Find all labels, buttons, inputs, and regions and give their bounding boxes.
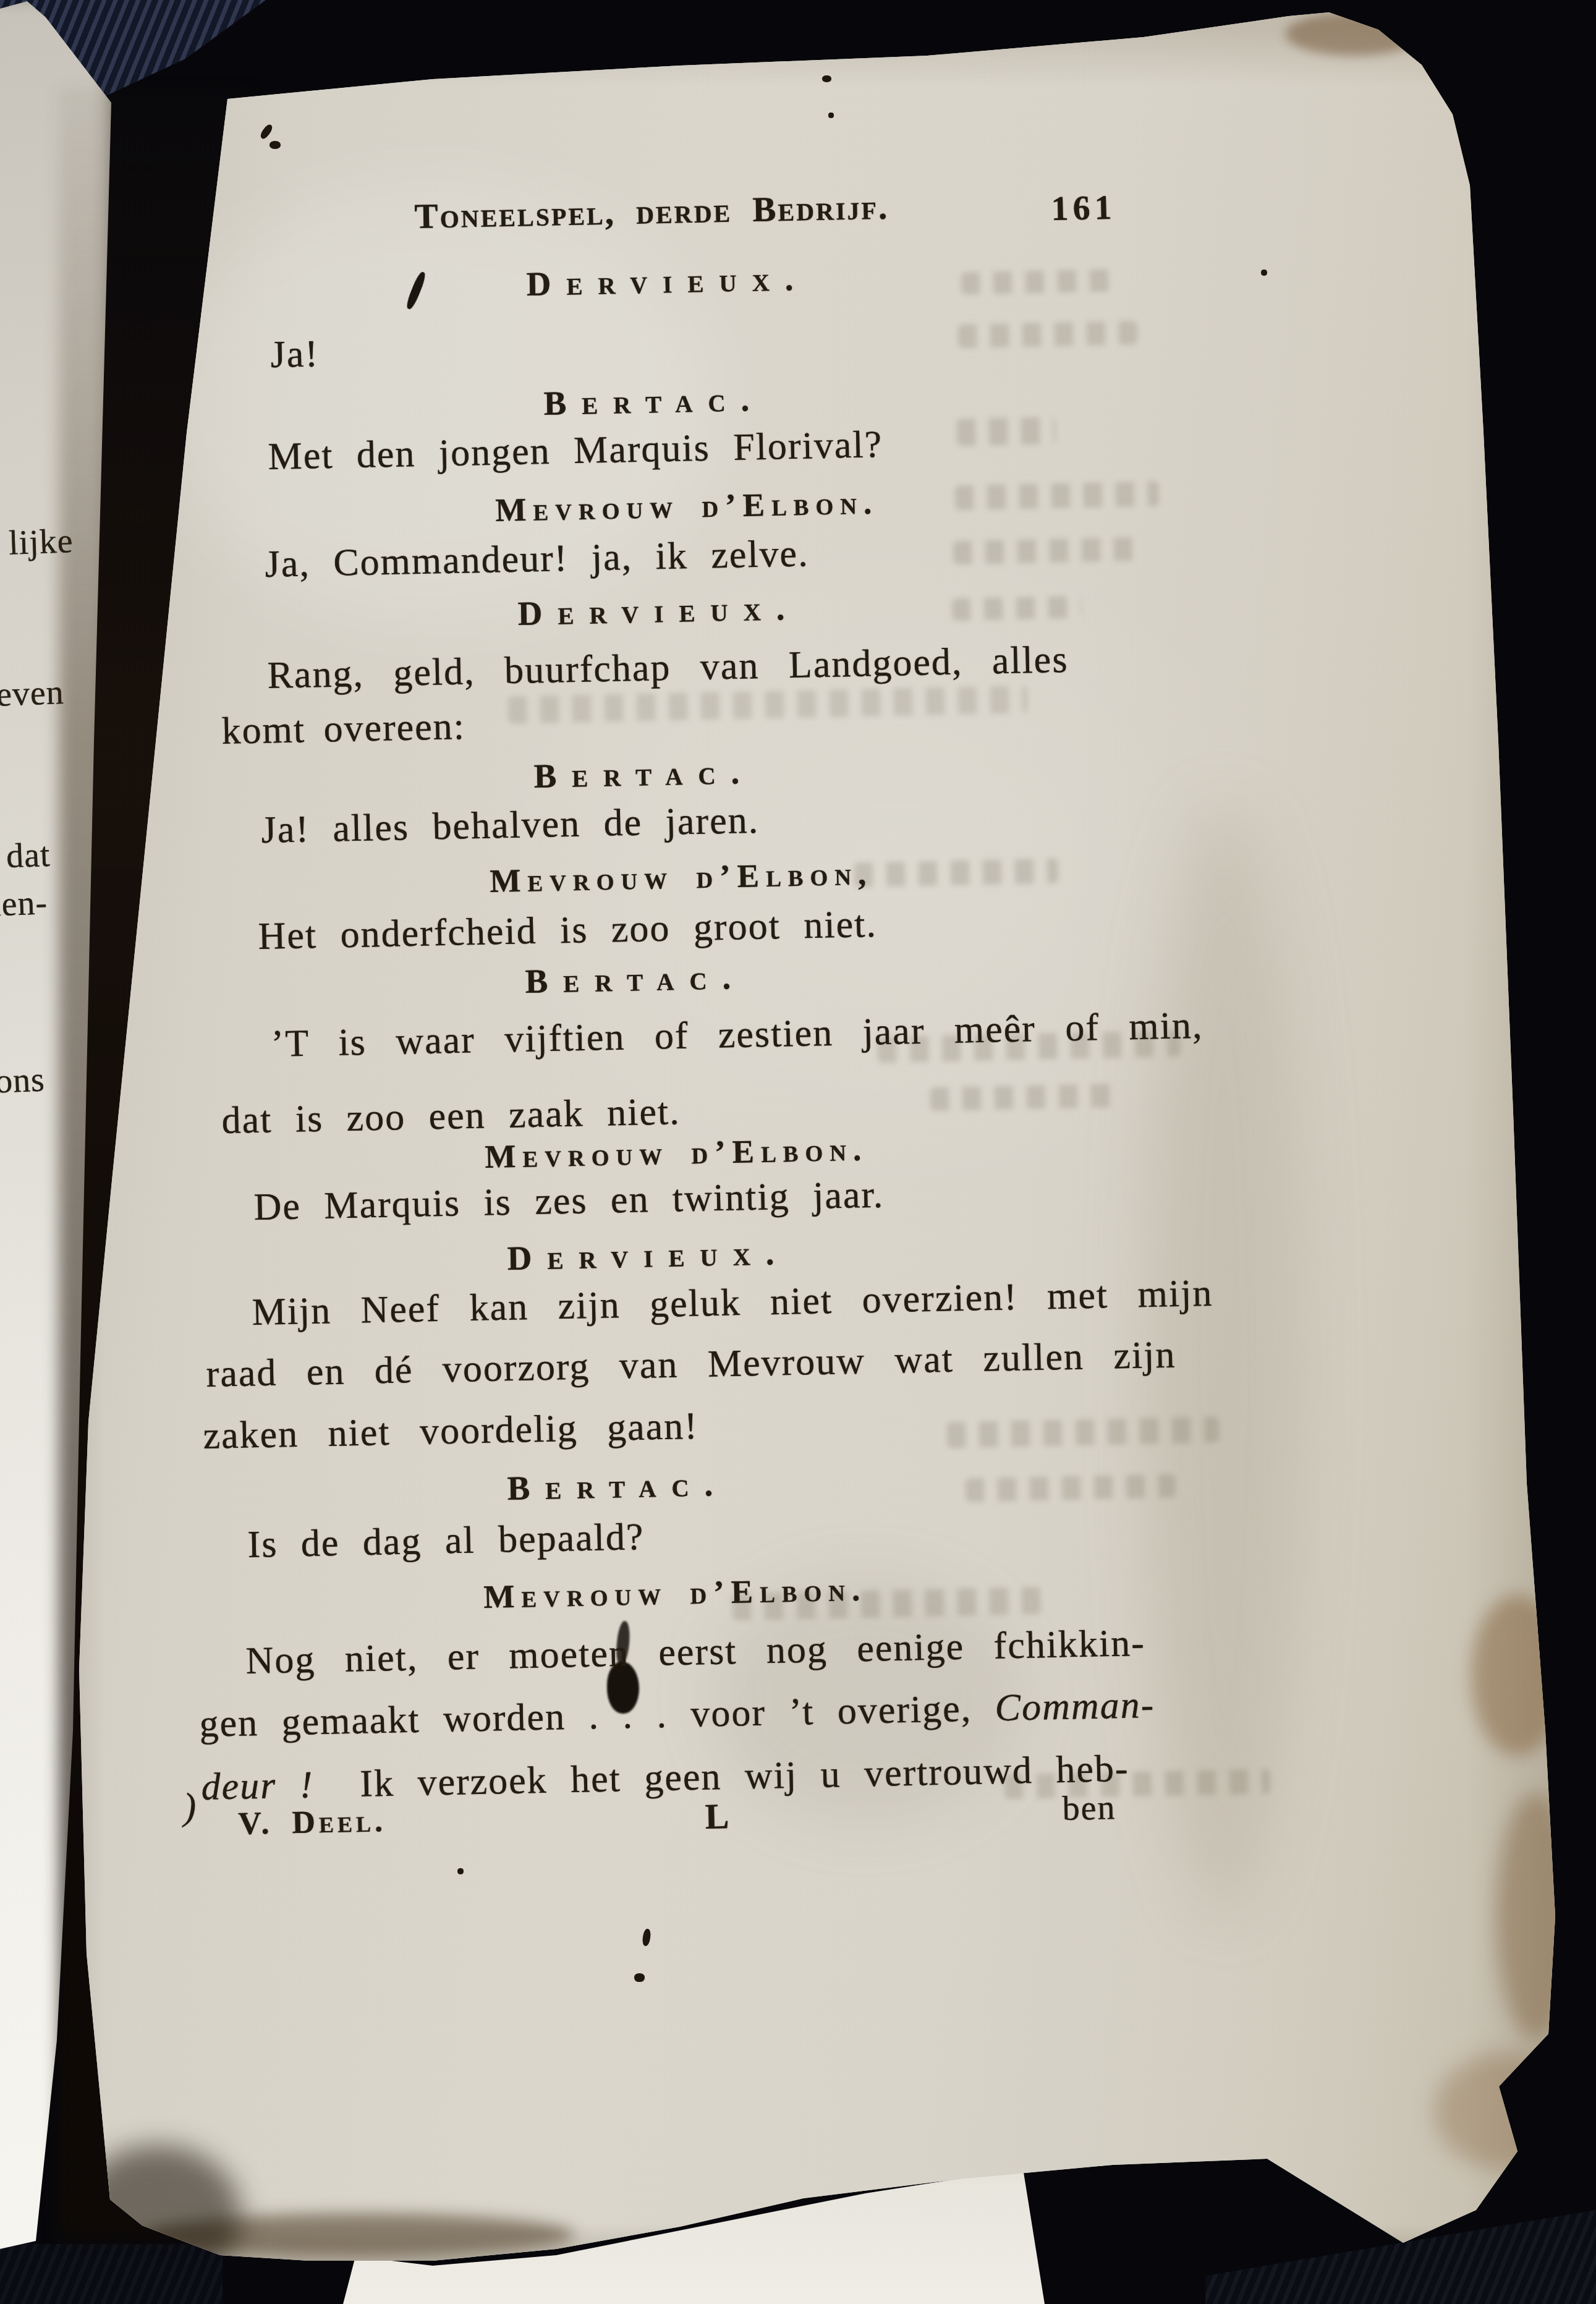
show-through-text (961, 269, 1116, 294)
show-through-text (947, 1416, 1220, 1448)
foxing-stain (1471, 1595, 1564, 1756)
adjacent-page-fragment: even (0, 673, 65, 715)
speaker-heading: Bertac. (543, 382, 765, 420)
speech-line-italic: Comman- (995, 1684, 1155, 1729)
speech-line: Het onderfcheid is zoo groot niet. (258, 905, 877, 956)
ink-speck (828, 113, 834, 118)
foxing-stain (1434, 2052, 1576, 2170)
speech-line: raad en dé voorzorg van Mevrouw wat zull… (206, 1336, 1176, 1393)
catchword: ben (1062, 1790, 1116, 1826)
margin-mark: ) (183, 1788, 198, 1826)
show-through-text (953, 537, 1145, 564)
speaker-heading: Mevrouw d’Elbon. (485, 1134, 868, 1174)
show-through-text (854, 859, 1059, 888)
book-photograph: lijke even dat len- ons (0, 0, 1596, 2304)
adjacent-page-fragment: ons (0, 1060, 46, 1102)
speaker-heading: Mevrouw d’Elbon, (490, 858, 873, 898)
ink-speck (1261, 270, 1267, 276)
speech-line: dat is zoo een zaak niet. (221, 1092, 681, 1140)
page-number: 161 (1051, 190, 1116, 226)
pen-mark-icon (405, 271, 428, 311)
speech-line: Nog niet, er moeten eerst nog eenige fch… (245, 1624, 1145, 1680)
ink-speck (259, 123, 274, 140)
speaker-heading: Dervieux. (517, 591, 800, 631)
speech-line: Ja, Commandeur! ja, ik zelve. (265, 534, 809, 584)
show-through-text (508, 686, 1028, 724)
volume-label: V. Deel. (238, 1805, 386, 1840)
speech-line: komt overeen: (221, 707, 466, 750)
speech-line: Ja! alles behalven de jaren. (261, 801, 760, 849)
speaker-heading: Bertac. (507, 1467, 729, 1505)
signature-mark: L (705, 1798, 731, 1835)
adjacent-page-fragment: len- (0, 883, 48, 924)
edge-stain (142, 2213, 575, 2256)
show-through-text (966, 1474, 1176, 1502)
fabric-backdrop (0, 2244, 223, 2304)
speech-line: ’T is waar vijftien of zestien jaar meêr… (271, 1006, 1203, 1063)
speech-line: Mijn Neef kan zijn geluk niet overzien! … (252, 1274, 1213, 1332)
speech-line: Rang, geld, buurfchap van Landgoed, alle… (267, 640, 1069, 695)
speaker-heading: Mevrouw d’Elbon. (483, 1574, 867, 1614)
speech-line: Is de dag al bepaald? (247, 1518, 645, 1564)
show-through-text (955, 482, 1160, 511)
ink-speck (642, 1928, 652, 1946)
speaker-heading: Dervieux. (507, 1236, 790, 1275)
show-through-text (952, 596, 1082, 621)
running-header: Toneelspel, derde Bedrijf. (414, 190, 889, 234)
speech-line-italic: deur ! (201, 1764, 314, 1808)
speech-line: gen gemaakt worden . . . voor ’t overige… (199, 1686, 1155, 1743)
show-through-text (930, 1084, 1123, 1111)
speech-line: De Marquis is zes en twintig jaar. (253, 1176, 885, 1226)
ink-speck (270, 141, 281, 149)
book-page: Toneelspel, derde Bedrijf. 161 Dervieux.… (0, 0, 1596, 2304)
speech-line: Ja! (270, 334, 320, 374)
speech-line: deur ! Ik verzoek het geen wij u vertrou… (201, 1749, 1129, 1806)
adjacent-page-fragment: dat (6, 835, 51, 876)
ink-speck (822, 75, 831, 82)
foxing-stain (1496, 1793, 1576, 2040)
speech-line: Met den jongen Marquis Florival? (268, 425, 883, 476)
speaker-heading: Bertac. (533, 755, 755, 793)
ink-speck (457, 1868, 464, 1874)
speaker-heading: Bertac. (525, 960, 747, 998)
speaker-heading: Dervieux. (526, 261, 809, 301)
speech-line: zaken niet voordelig gaan! (203, 1407, 698, 1455)
show-through-text (957, 417, 1056, 446)
speech-line-part: gen gemaakt worden . . . voor ’t overige… (199, 1687, 995, 1745)
show-through-text (958, 321, 1138, 348)
speaker-heading: Mevrouw d’Elbon. (495, 487, 879, 527)
ink-speck (634, 1973, 645, 1982)
edge-stain (1286, 12, 1422, 56)
